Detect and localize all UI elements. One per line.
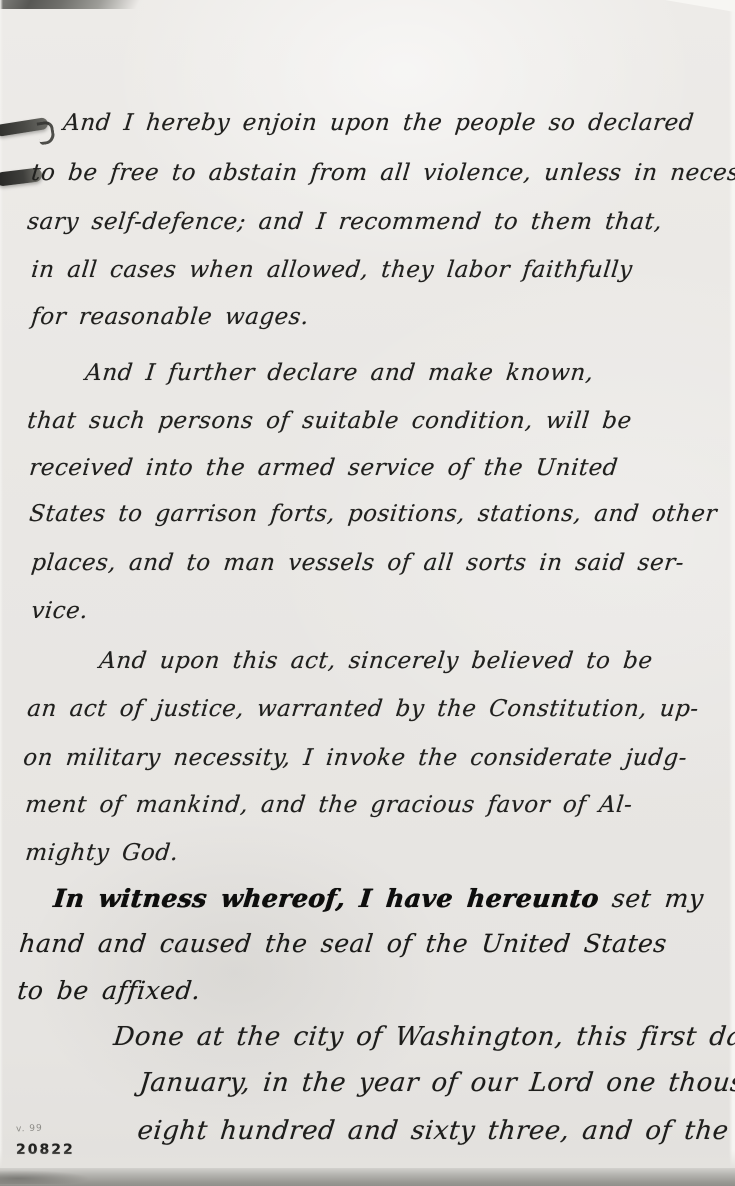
manuscript-line: to be affixed.	[16, 976, 202, 1005]
manuscript-line: on military necessity, I invoke the cons…	[22, 745, 688, 771]
binding-mark-icon	[0, 117, 49, 137]
bottom-edge-shadow	[0, 1168, 735, 1186]
manuscript-line: eight hundred and sixty three, and of th…	[136, 1116, 730, 1146]
manuscript-line: January, in the year of our Lord one tho…	[138, 1068, 735, 1098]
manuscript-line: And upon this act, sincerely believed to…	[98, 648, 654, 674]
manuscript-line: for reasonable wages.	[30, 304, 310, 330]
manuscript-line: In witness whereof, I have hereunto set …	[52, 884, 705, 913]
line-text: set my	[597, 884, 705, 913]
document-page: And I hereby enjoin upon the people so d…	[0, 0, 735, 1186]
paper-corner-highlight	[665, 0, 735, 12]
bottom-edge-fade	[0, 1150, 735, 1168]
manuscript-line: ment of mankind, and the gracious favor …	[24, 792, 634, 818]
manuscript-line: sary self-defence; and I recommend to th…	[26, 209, 663, 235]
manuscript-line: that such persons of suitable condition,…	[26, 408, 633, 434]
manuscript-line: And I hereby enjoin upon the people so d…	[62, 110, 695, 136]
manuscript-line: States to garrison forts, positions, sta…	[28, 501, 718, 527]
top-edge-smudge	[0, 0, 140, 9]
manuscript-line: to be free to abstain from all violence,…	[30, 160, 735, 186]
manuscript-line: in all cases when allowed, they labor fa…	[30, 257, 634, 283]
line-text-retraced: In witness whereof, I have hereunto	[52, 884, 600, 913]
manuscript-line: vice.	[30, 598, 89, 624]
manuscript-line: places, and to man vessels of all sorts …	[30, 550, 685, 576]
manuscript-line: received into the armed service of the U…	[28, 455, 619, 481]
manuscript-line: an act of justice, warranted by the Cons…	[26, 696, 700, 722]
manuscript-line: mighty God.	[24, 840, 180, 866]
manuscript-line: Done at the city of Washington, this fir…	[112, 1022, 735, 1052]
manuscript-line: And I further declare and make known,	[84, 360, 595, 386]
pencil-note: v. 99	[16, 1124, 43, 1135]
manuscript-line: hand and caused the seal of the United S…	[18, 929, 668, 958]
